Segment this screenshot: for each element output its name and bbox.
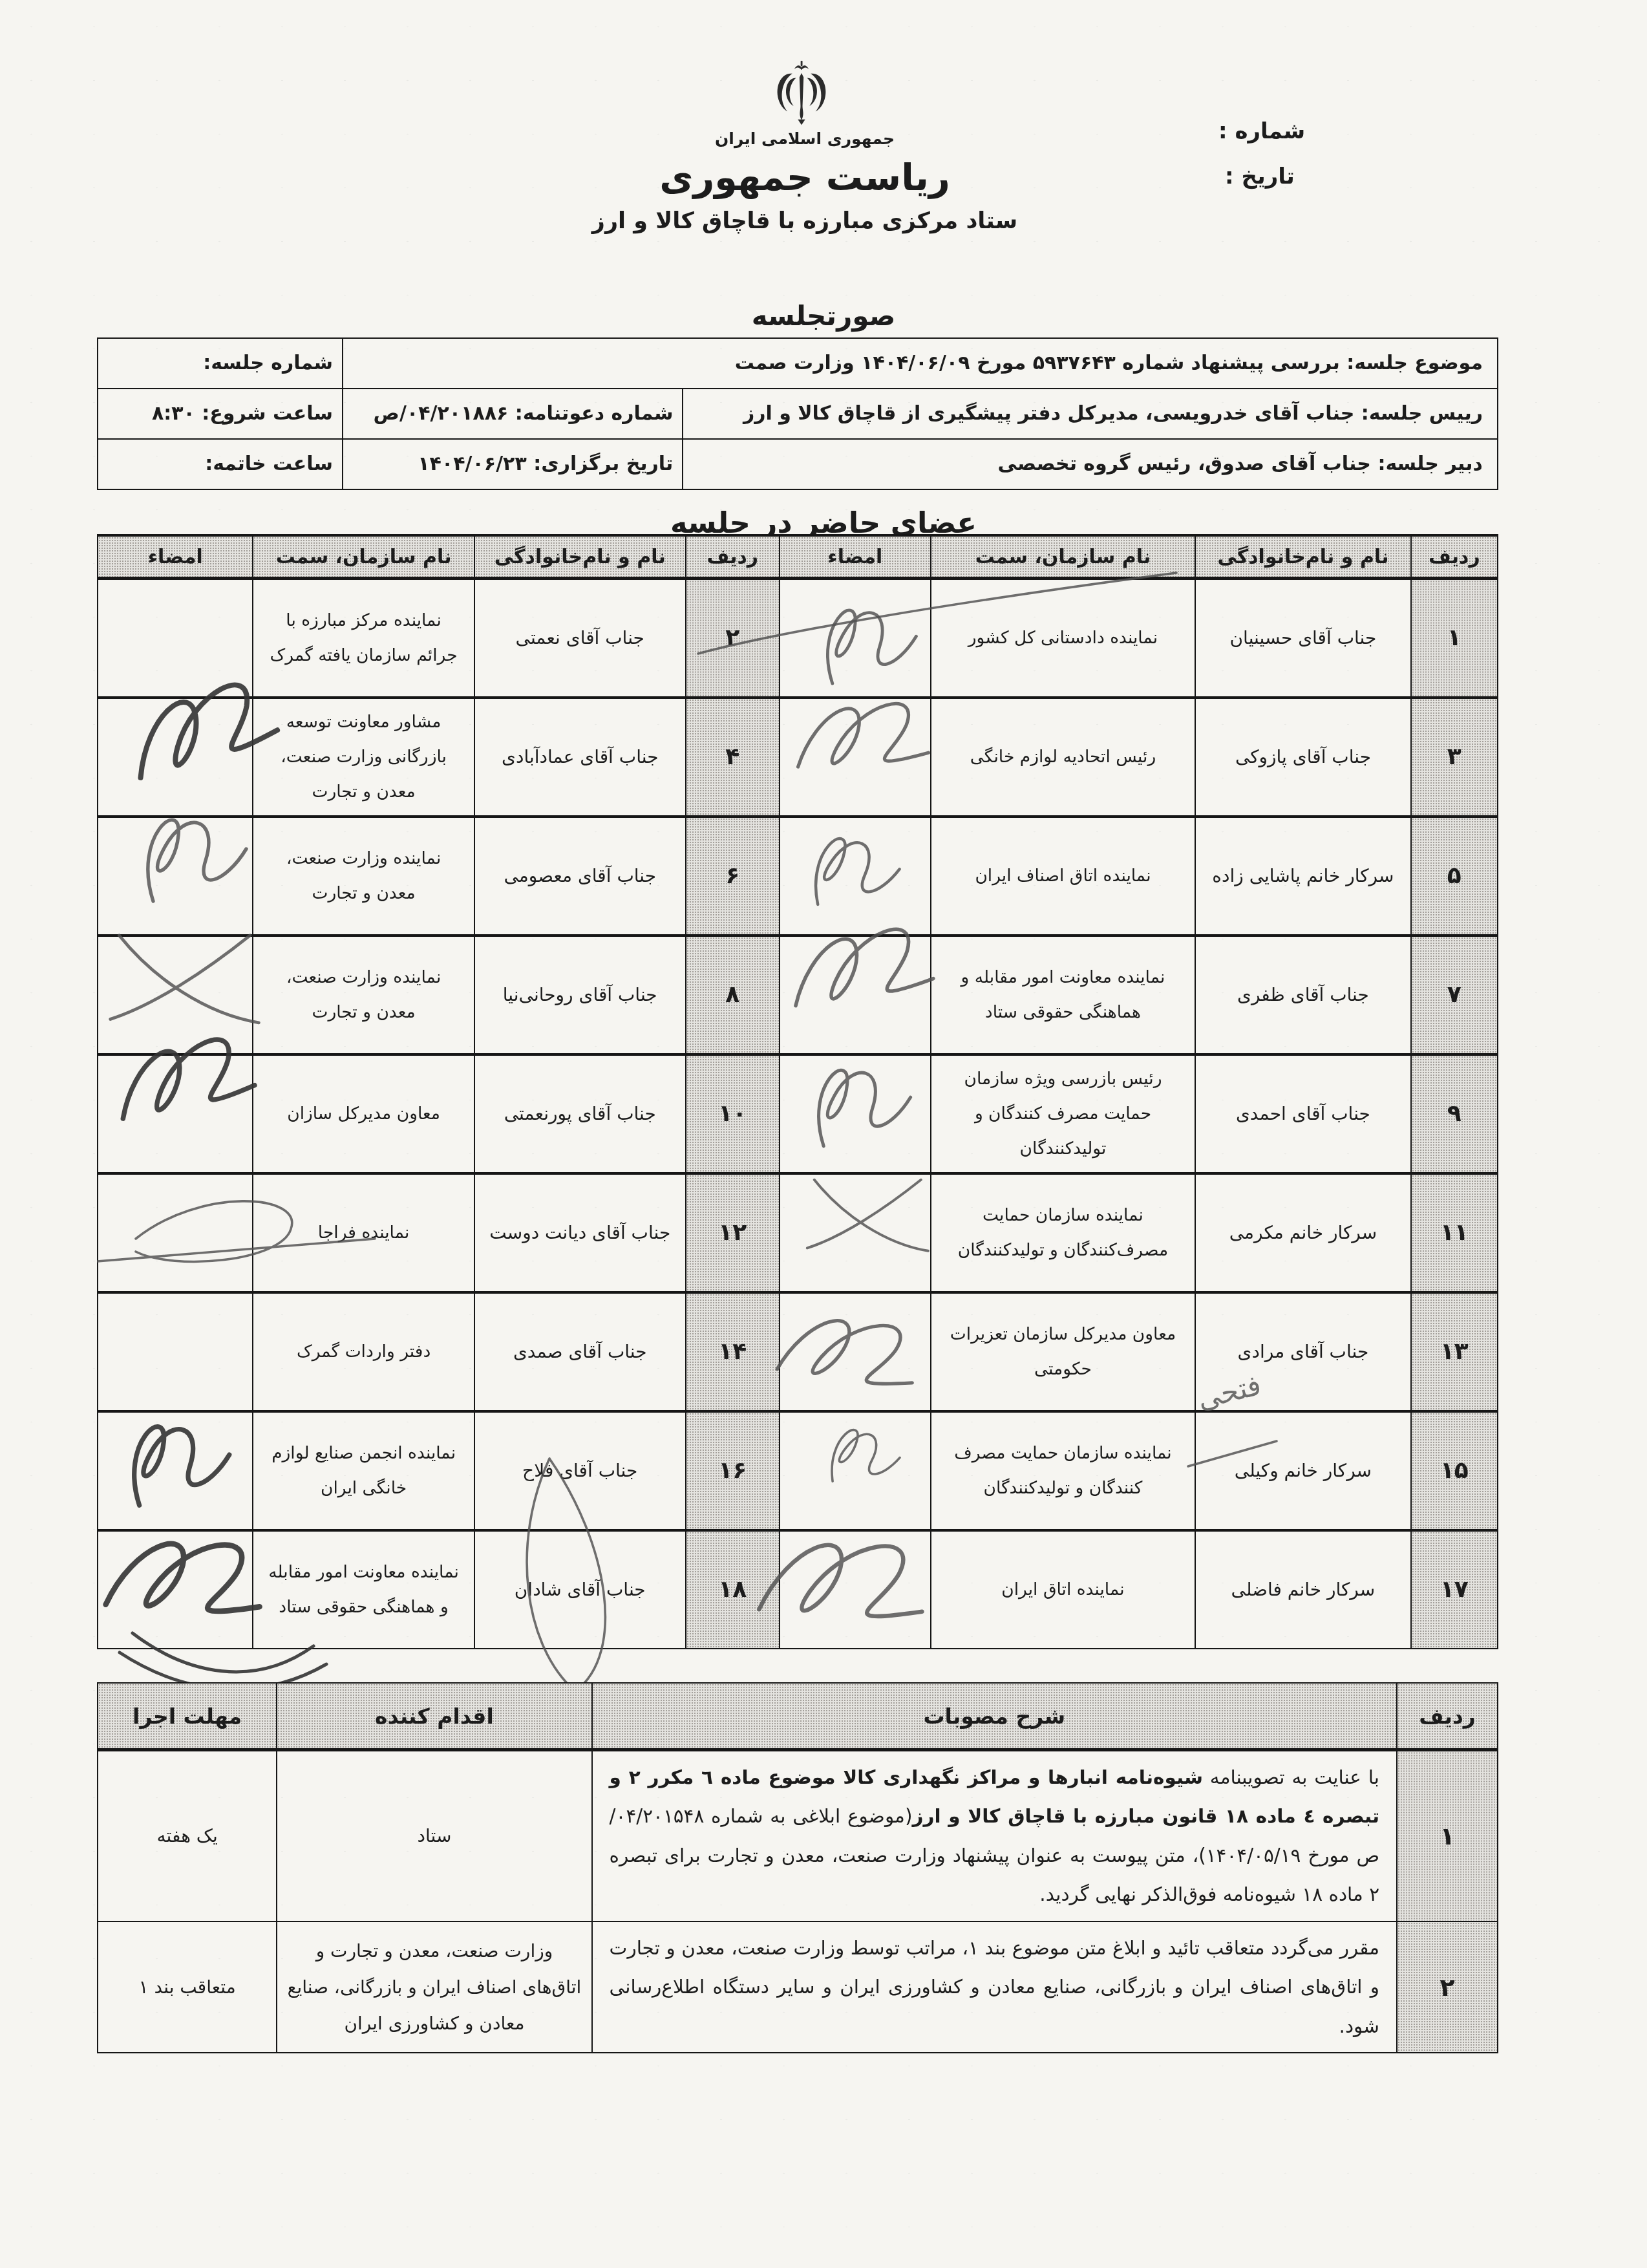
signature-cell	[780, 579, 931, 698]
meeting-secretary-label: دبیر جلسه:	[1377, 453, 1483, 475]
attendee-organization: نماینده سازمان حمایت مصرف کنندگان و تولی…	[931, 1411, 1195, 1530]
signature-cell	[780, 1173, 931, 1292]
attendee-organization: نماینده انجمن صنایع لوازم خانگی ایران	[253, 1411, 474, 1530]
attendee-organization: دفتر واردات گمرک	[253, 1292, 474, 1411]
signature-cell	[780, 698, 931, 817]
attendee-row: ۱۷سرکار خانم فاضلینماینده اتاق ایران۱۸جن…	[98, 1530, 1498, 1649]
invitation-number-value: ۰۴/۲۰۱۸۸۶/ص	[374, 402, 509, 425]
resolutions-table: ردیف شرح مصوبات اقدام کننده مهلت اجرا ۱ب…	[97, 1682, 1498, 2053]
resolution-text: مقرر می‌گردد متعاقب تائید و ابلاغ متن مو…	[610, 1937, 1379, 2037]
held-date-cell: تاریخ برگزاری: ۱۴۰۴/۰۶/۲۳	[343, 439, 683, 489]
start-time-value: ۸:۳۰	[152, 402, 195, 425]
attendee-name: جناب آقای روحانی‌نیا	[474, 936, 686, 1054]
attendee-number: ۷	[1411, 936, 1498, 1054]
attendee-number: ۱۵	[1411, 1411, 1498, 1530]
attendee-name: جناب آقای پورنعمتی	[474, 1054, 686, 1173]
attendee-row: ۵سرکار خانم پاشایی زادهنماینده اتاق اصنا…	[98, 817, 1498, 936]
attendee-number: ۶	[686, 817, 780, 936]
signature-cell	[98, 936, 253, 1054]
signature-cell	[98, 1173, 253, 1292]
signature-cell	[780, 1054, 931, 1173]
resolution-row: ۲مقرر می‌گردد متعاقب تائید و ابلاغ متن م…	[98, 1921, 1498, 2053]
col-header-row-left: ردیف	[686, 535, 780, 579]
attendee-name: جناب آقای شادان	[474, 1530, 686, 1649]
attendee-number: ۵	[1411, 817, 1498, 936]
attendee-name: جناب آقای دیانت دوست	[474, 1173, 686, 1292]
attendee-name: سرکار خانم وکیلی	[1195, 1411, 1411, 1530]
meeting-chair-label: رییس جلسه:	[1361, 402, 1483, 425]
attendee-row: ۹جناب آقای احمدیرئیس بازرسی ویژه سازمان …	[98, 1054, 1498, 1173]
attendee-organization: معاون مدیرکل سازمان تعزیرات حکومتی	[931, 1292, 1195, 1411]
col-header-row-right: ردیف	[1411, 535, 1498, 579]
resolution-number: ۱	[1397, 1750, 1498, 1921]
session-number-cell: شماره جلسه:	[98, 338, 343, 389]
attendee-organization: نماینده دادستانی کل کشور	[931, 579, 1195, 698]
attendee-number: ۱۱	[1411, 1173, 1498, 1292]
start-time-cell: ساعت شروع: ۸:۳۰	[98, 389, 343, 439]
meeting-info-table: موضوع جلسه: بررسی پیشنهاد شماره ۵۹۳۷۶۴۳ …	[97, 337, 1498, 490]
document-title: صورتجلسه	[0, 300, 1647, 332]
end-time-cell: ساعت خاتمه:	[98, 439, 343, 489]
attendee-number: ۱۳	[1411, 1292, 1498, 1411]
start-time-label: ساعت شروع:	[202, 402, 333, 425]
signature-cell	[780, 1292, 931, 1411]
invitation-number-cell: شماره دعوتنامه: ۰۴/۲۰۱۸۸۶/ص	[343, 389, 683, 439]
meeting-secretary-cell: دبیر جلسه: جناب آقای صدوق، رئیس گروه تخص…	[683, 439, 1498, 489]
meeting-chair-value: جناب آقای خدرویسی، مدیرکل دفتر پیشگیری ا…	[743, 402, 1354, 425]
attendee-number: ۱۶	[686, 1411, 780, 1530]
number-label: شماره :	[1218, 118, 1305, 144]
attendee-organization: رئیس بازرسی ویژه سازمان حمایت مصرف کنندگ…	[931, 1054, 1195, 1173]
meeting-subject-value: بررسی پیشنهاد شماره ۵۹۳۷۶۴۳ مورخ ۱۴۰۴/۰۶…	[735, 352, 1340, 374]
attendee-row: ۱۳جناب آقای مرادیمعاون مدیرکل سازمان تعز…	[98, 1292, 1498, 1411]
attendee-organization: نماینده فراجا	[253, 1173, 474, 1292]
meeting-secretary-value: جناب آقای صدوق، رئیس گروه تخصصی	[998, 453, 1371, 475]
col-header-sign-left: امضاء	[98, 535, 253, 579]
attendee-name: جناب آقای فلاح	[474, 1411, 686, 1530]
resolution-description: مقرر می‌گردد متعاقب تائید و ابلاغ متن مو…	[592, 1921, 1397, 2053]
attendee-name: جناب آقای احمدی	[1195, 1054, 1411, 1173]
session-number-label: شماره جلسه:	[203, 352, 333, 374]
attendee-number: ۱۲	[686, 1173, 780, 1292]
col-header-sign-right: امضاء	[780, 535, 931, 579]
attendee-number: ۴	[686, 698, 780, 817]
signature-cell	[98, 817, 253, 936]
resolution-actor: وزارت صنعت، معدن و تجارت و اتاق‌های اصنا…	[277, 1921, 591, 2053]
resolution-text: با عنایت به تصویبنامه	[1203, 1766, 1379, 1788]
meeting-subject-cell: موضوع جلسه: بررسی پیشنهاد شماره ۵۹۳۷۶۴۳ …	[343, 338, 1498, 389]
attendee-organization: نماینده معاونت امور مقابله و هماهنگی حقو…	[931, 936, 1195, 1054]
attendee-number: ۳	[1411, 698, 1498, 817]
end-time-label: ساعت خاتمه:	[205, 453, 333, 475]
attendee-organization: مشاور معاونت توسعه بازرگانی وزارت صنعت، …	[253, 698, 474, 817]
attendee-number: ۱۸	[686, 1530, 780, 1649]
attendee-name: جناب آقای معصومی	[474, 817, 686, 936]
resolution-deadline: متعاقب بند ۱	[98, 1921, 277, 2053]
attendee-name: جناب آقای پازوکی	[1195, 698, 1411, 817]
attendee-organization: نماینده سازمان حمایت مصرف‌کنندگان و تولی…	[931, 1173, 1195, 1292]
resolution-deadline: یک هفته	[98, 1750, 277, 1921]
attendee-name: جناب آقای حسینیان	[1195, 579, 1411, 698]
attendee-name: سرکار خانم پاشایی زاده	[1195, 817, 1411, 936]
invitation-number-label: شماره دعوتنامه:	[515, 402, 674, 425]
signature-cell	[98, 1054, 253, 1173]
date-label: تاریخ :	[1225, 164, 1295, 189]
res-header-deadline: مهلت اجرا	[98, 1683, 277, 1750]
attendee-name: جناب آقای عمادآبادی	[474, 698, 686, 817]
attendee-number: ۱۰	[686, 1054, 780, 1173]
col-header-name-left: نام و نام‌خانوادگی	[474, 535, 686, 579]
res-header-row: ردیف	[1397, 1683, 1498, 1750]
attendee-row: ۷جناب آقای ظفرینماینده معاونت امور مقابل…	[98, 936, 1498, 1054]
signature-cell	[780, 817, 931, 936]
col-header-org-left: نام سازمان، سمت	[253, 535, 474, 579]
attendee-organization: نماینده اتاق اصناف ایران	[931, 817, 1195, 936]
meeting-chair-cell: رییس جلسه: جناب آقای خدرویسی، مدیرکل دفت…	[683, 389, 1498, 439]
letterhead-organization: ستاد مرکزی مبارزه با قاچاق کالا و ارز	[546, 208, 1063, 234]
scanned-meeting-minutes-page: شماره : تاریخ : جمهوری اسلامی ایران ریاس…	[0, 0, 1647, 2268]
meeting-subject-label: موضوع جلسه:	[1346, 352, 1483, 374]
resolution-row: ۱با عنایت به تصویبنامه شیوه‌نامه انبارها…	[98, 1750, 1498, 1921]
attendee-name: جناب آقای صمدی	[474, 1292, 686, 1411]
attendee-number: ۸	[686, 936, 780, 1054]
signature-cell	[780, 1530, 931, 1649]
letterhead-country: جمهوری اسلامی ایران	[546, 129, 1063, 148]
col-header-org-right: نام سازمان، سمت	[931, 535, 1195, 579]
signature-cell	[780, 1411, 931, 1530]
attendee-organization: نماینده معاونت امور مقابله و هماهنگی حقو…	[253, 1530, 474, 1649]
attendee-row: ۳جناب آقای پازوکیرئیس اتحادیه لوازم خانگ…	[98, 698, 1498, 817]
attendee-organization: نماینده اتاق ایران	[931, 1530, 1195, 1649]
signature-cell	[98, 698, 253, 817]
attendee-organization: رئیس اتحادیه لوازم خانگی	[931, 698, 1195, 817]
attendee-number: ۱۷	[1411, 1530, 1498, 1649]
attendee-organization: نماینده وزارت صنعت، معدن و تجارت	[253, 936, 474, 1054]
attendee-number: ۹	[1411, 1054, 1498, 1173]
attendee-organization: معاون مدیرکل سازان	[253, 1054, 474, 1173]
attendee-row: ۱۱سرکار خانم مکرمینماینده سازمان حمایت م…	[98, 1173, 1498, 1292]
attendee-organization: نماینده وزارت صنعت، معدن و تجارت	[253, 817, 474, 936]
iran-emblem-icon	[770, 61, 833, 128]
attendees-table: ردیف نام و نام‌خانوادگی نام سازمان، سمت …	[97, 534, 1498, 1649]
col-header-name-right: نام و نام‌خانوادگی	[1195, 535, 1411, 579]
attendee-name: سرکار خانم فاضلی	[1195, 1530, 1411, 1649]
attendee-name: جناب آقای نعمتی	[474, 579, 686, 698]
resolution-actor: ستاد	[277, 1750, 591, 1921]
attendee-number: ۲	[686, 579, 780, 698]
resolution-number: ۲	[1397, 1921, 1498, 2053]
signature-cell	[780, 936, 931, 1054]
resolution-description: با عنایت به تصویبنامه شیوه‌نامه انبارها …	[592, 1750, 1397, 1921]
signature-cell	[98, 1411, 253, 1530]
attendee-row: ۱جناب آقای حسینیاننماینده دادستانی کل کش…	[98, 579, 1498, 698]
held-date-label: تاریخ برگزاری:	[533, 453, 673, 475]
attendee-row: ۱۵سرکار خانم وکیلینماینده سازمان حمایت م…	[98, 1411, 1498, 1530]
signature-cell	[98, 1530, 253, 1649]
attendee-name: سرکار خانم مکرمی	[1195, 1173, 1411, 1292]
signature-cell	[98, 1292, 253, 1411]
res-header-actor: اقدام کننده	[277, 1683, 591, 1750]
attendee-name: جناب آقای ظفری	[1195, 936, 1411, 1054]
attendee-organization: نماینده مرکز مبارزه با جرائم سازمان یافت…	[253, 579, 474, 698]
attendee-number: ۱	[1411, 579, 1498, 698]
attendee-number: ۱۴	[686, 1292, 780, 1411]
signature-cell	[98, 579, 253, 698]
held-date-value: ۱۴۰۴/۰۶/۲۳	[418, 453, 526, 475]
letterhead-presidency: ریاست جمهوری	[546, 156, 1063, 199]
res-header-desc: شرح مصوبات	[592, 1683, 1397, 1750]
